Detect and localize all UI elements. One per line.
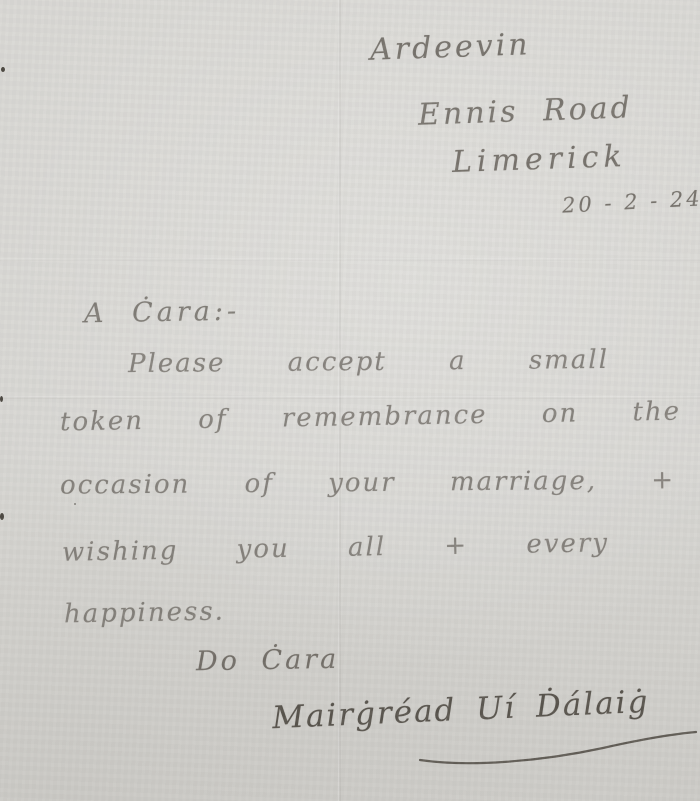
letterhead-street: Ennis Road	[417, 90, 633, 132]
signature: Mairġréad Uí Ḋálaiġ	[271, 684, 650, 736]
signature-flourish	[418, 726, 698, 768]
paper-speck	[0, 396, 3, 402]
letter-date: 20 - 2 - 24	[561, 186, 700, 217]
closing-valediction: Do Ċara	[196, 644, 340, 677]
letter-page: Ardeevin Ennis Road Limerick 20 - 2 - 24…	[0, 0, 700, 801]
body-line: happiness.	[64, 597, 225, 630]
fold-crease-horizontal-upper	[0, 258, 700, 261]
body-line: wishing you all + every	[62, 528, 609, 568]
paper-speck	[0, 513, 4, 520]
paper-speck	[74, 503, 76, 505]
salutation: A Ċara:-	[84, 296, 241, 330]
letterhead-city: Limerick	[451, 139, 627, 180]
fold-crease-vertical	[338, 0, 341, 801]
body-line: occasion of your marriage, +	[60, 465, 675, 500]
body-line: token of remembrance on the	[60, 397, 682, 438]
body-line: Please accept a small	[128, 345, 609, 379]
paper-speck	[1, 67, 5, 72]
letterhead-house: Ardeevin	[369, 27, 531, 68]
